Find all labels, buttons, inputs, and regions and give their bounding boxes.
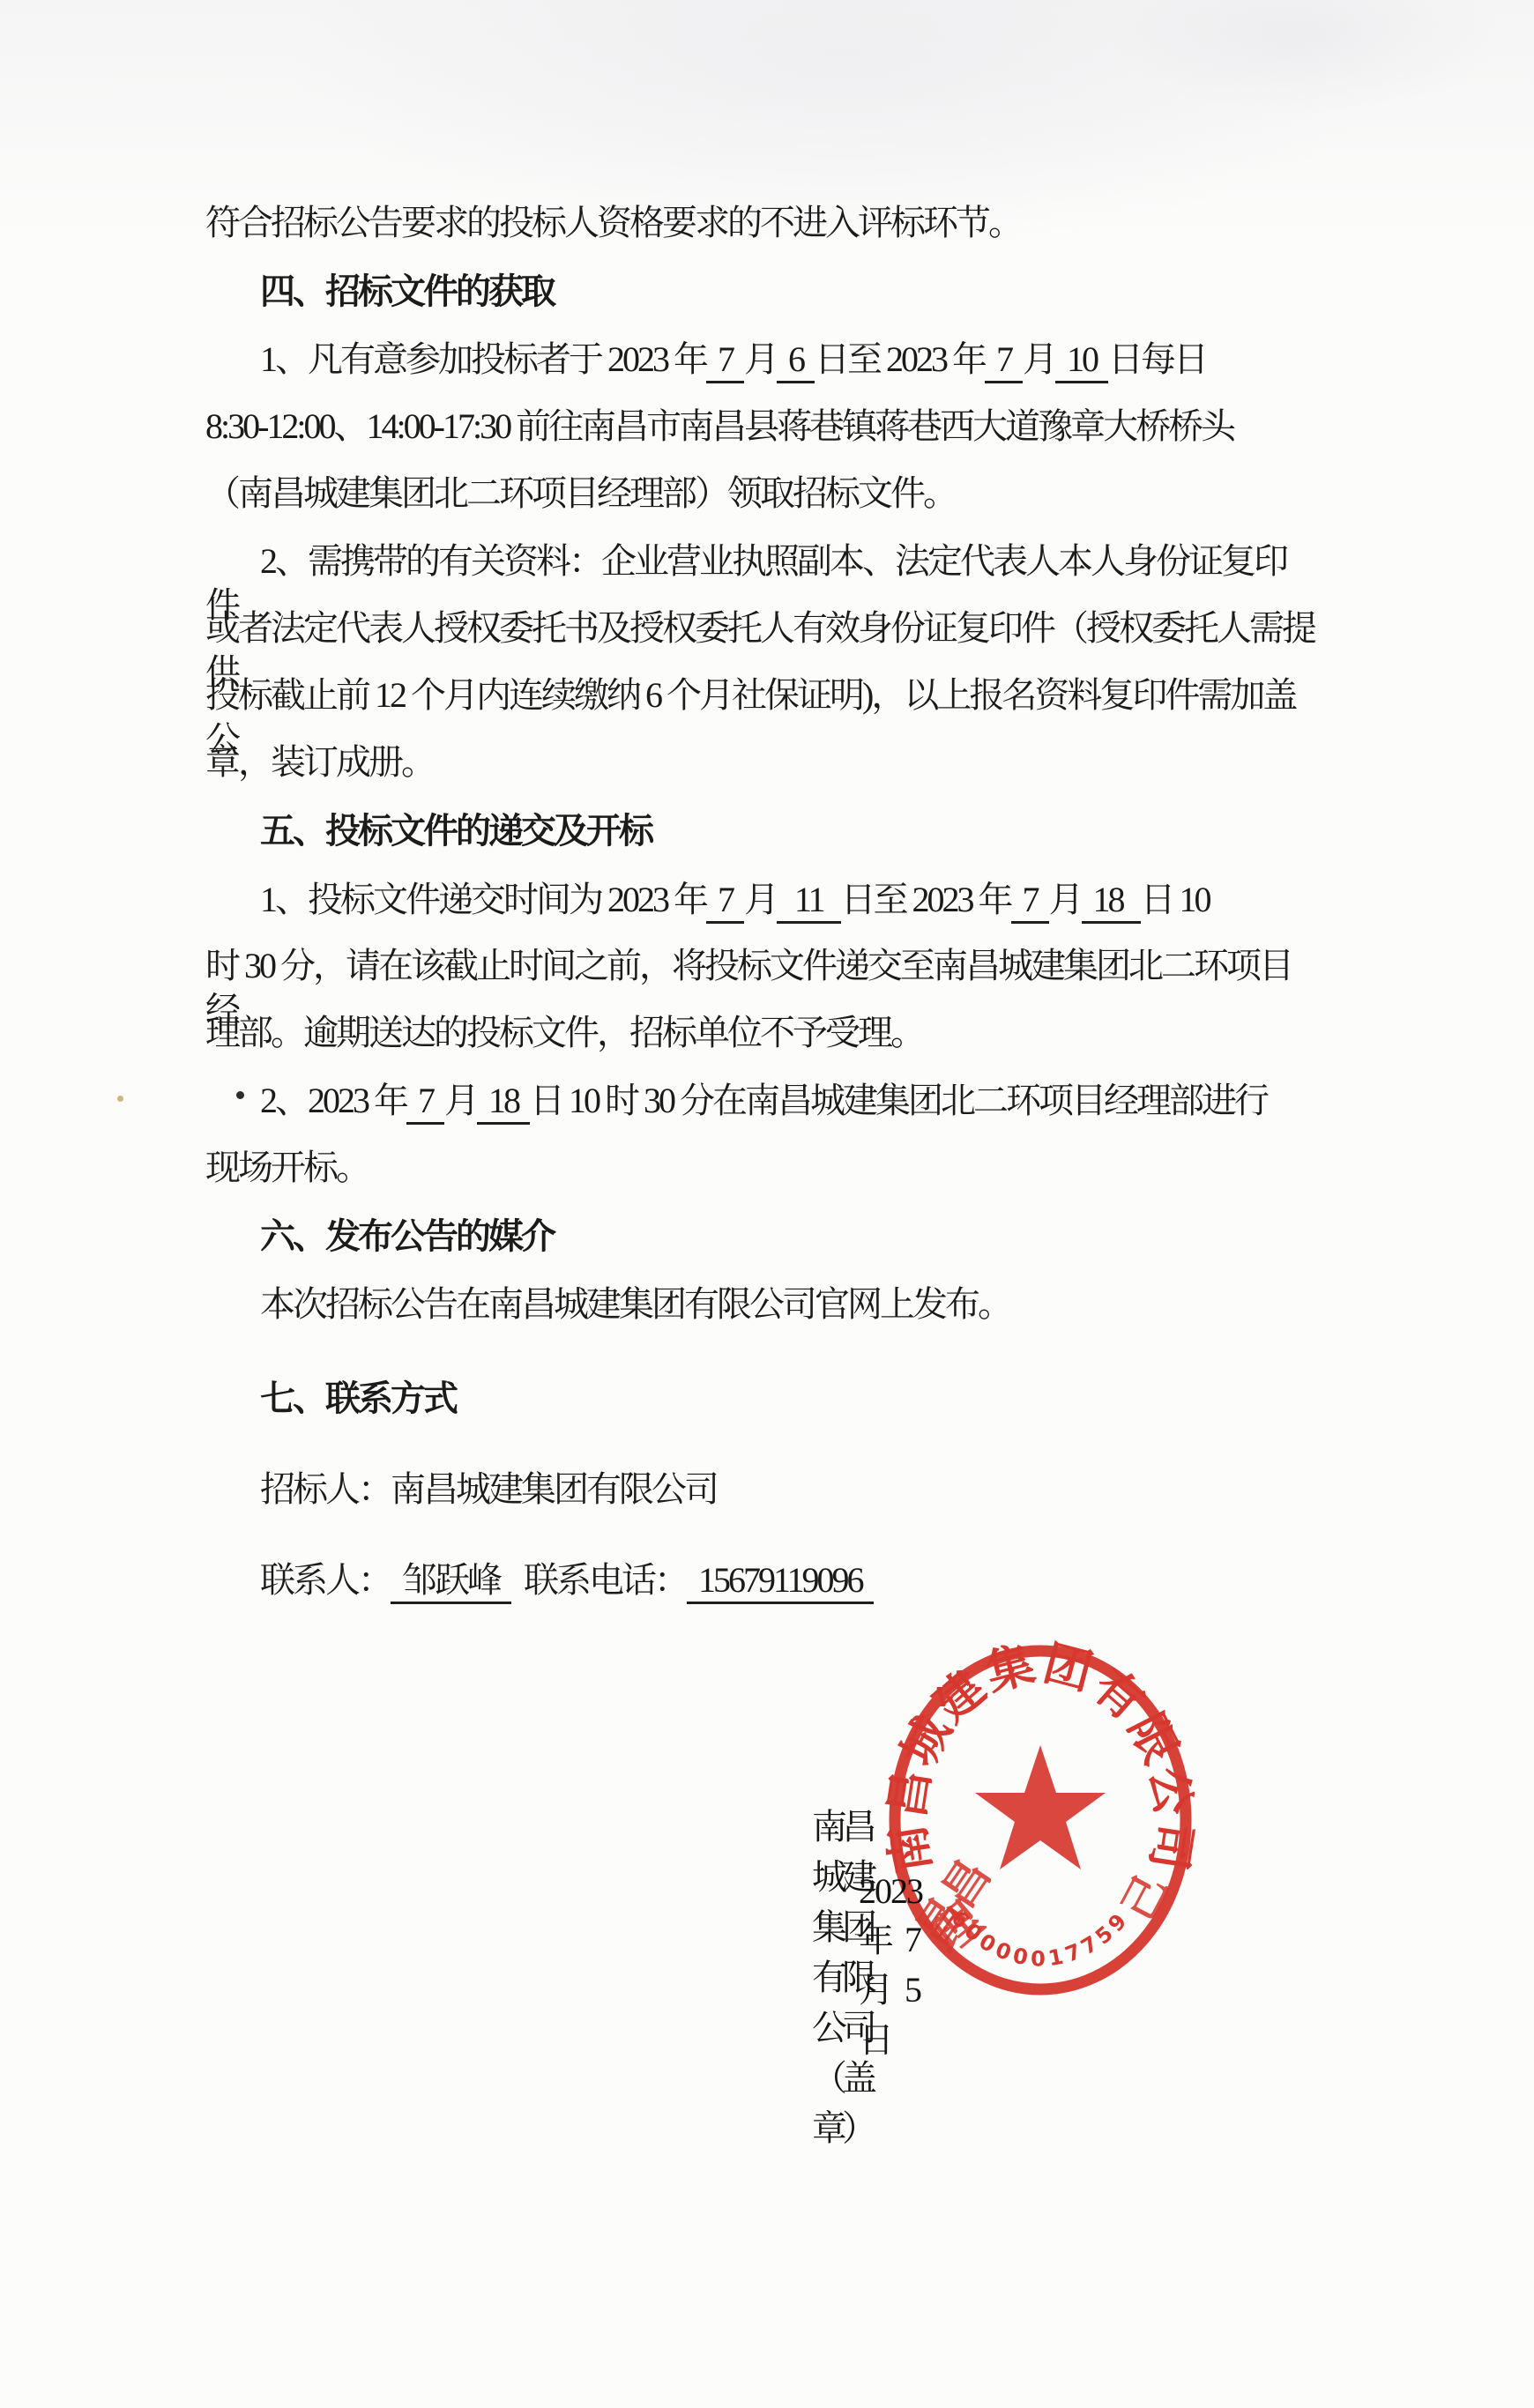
document-line: 理部。逾期送达的投标文件，招标单位不予受理。 [205, 1011, 1318, 1055]
filled-blank-value: 6 [777, 339, 815, 383]
document-line: 1、投标文件递交时间为 2023 年 7 月 11 日至 2023 年 7 月 … [205, 878, 1318, 922]
text-segment: 联系人： [260, 1560, 391, 1600]
seal-star-icon [975, 1745, 1106, 1869]
text-segment: 日每日 [1108, 339, 1206, 379]
document-line: （南昌城建集团北二环项目经理部）领取招标文件。 [205, 472, 1318, 516]
text-segment: 本次招标公告在南昌城建集团有限公司官网上发布。 [260, 1284, 1010, 1324]
text-segment: 月 [744, 880, 777, 919]
filled-blank-value: 18 [477, 1081, 530, 1125]
text-segment: 四、招标文件的获取 [260, 271, 554, 311]
filled-blank-value: 11 [777, 880, 841, 924]
text-segment: 月 [744, 339, 777, 379]
text-segment: 日 10 时 30 分在南昌城建集团北二环项目经理部进行 [530, 1081, 1267, 1120]
text-segment: 月 [444, 1081, 477, 1120]
document-line: 招标人：南昌城建集团有限公司 [205, 1468, 1318, 1512]
ink-speck [117, 1096, 123, 1102]
text-segment: 日至 2023 年 [815, 339, 985, 379]
document-line: 符合招标公告要求的投标人资格要求的不进入评标环节。 [205, 201, 1318, 245]
filled-blank-value: 18 [1082, 880, 1141, 924]
text-segment: 招标人：南昌城建集团有限公司 [260, 1469, 717, 1509]
text-segment: 日至 2023 年 [841, 880, 1011, 919]
section-heading: 六、发布公告的媒介 [205, 1215, 1318, 1259]
document-line: 联系人： 邹跃峰 联系电话： 15679119096 [205, 1558, 1318, 1602]
filled-blank-value: 7 [1011, 880, 1049, 924]
document-line: 章，装订成册。 [205, 740, 1318, 784]
text-segment: 日 10 [1141, 880, 1210, 919]
document-page: 符合招标公告要求的投标人资格要求的不进入评标环节。四、招标文件的获取1、凡有意参… [0, 0, 1534, 2408]
ink-speck [236, 1091, 244, 1099]
filled-blank-value: 7 [406, 1081, 444, 1125]
filled-blank-value: 7 [985, 339, 1023, 383]
document-line: 2、2023 年 7 月 18 日 10 时 30 分在南昌城建集团北二环项目经… [205, 1079, 1318, 1123]
text-segment: 六、发布公告的媒介 [260, 1216, 554, 1256]
filled-blank-value: 邹跃峰 [391, 1560, 511, 1604]
section-heading: 五、投标文件的递交及开标 [205, 809, 1318, 853]
filled-blank-value: 15679119096 [687, 1560, 874, 1604]
document-line: 本次招标公告在南昌城建集团有限公司官网上发布。 [205, 1282, 1318, 1327]
text-segment: 2、2023 年 [260, 1081, 406, 1120]
text-segment: 七、联系方式 [260, 1379, 456, 1418]
filled-blank-value: 10 [1055, 339, 1108, 383]
text-segment: 1、投标文件递交时间为 2023 年 [260, 880, 706, 919]
text-segment: 理部。逾期送达的投标文件，招标单位不予受理。 [205, 1013, 923, 1052]
text-segment: 月 [1049, 880, 1082, 919]
text-segment: 章，装订成册。 [205, 742, 434, 782]
text-segment: 月 [1023, 339, 1055, 379]
official-seal-stamp: 南昌城建集团有限公司 3600000177595 昌昌 理 己 [873, 1633, 1208, 2008]
text-segment: 8:30-12:00、14:00-17:30 前往南昌市南昌县蒋巷镇蒋巷西大道豫… [205, 406, 1233, 446]
section-heading: 四、招标文件的获取 [205, 270, 1318, 314]
text-segment: （南昌城建集团北二环项目经理部）领取招标文件。 [205, 473, 956, 513]
filled-blank-value: 7 [706, 339, 744, 383]
text-segment: 现场开标。 [205, 1148, 369, 1187]
text-segment: 1、凡有意参加投标者于 2023 年 [260, 339, 706, 379]
filled-blank-value: 7 [706, 880, 744, 924]
document-line: 1、凡有意参加投标者于 2023 年 7 月 6 日至 2023 年 7 月 1… [205, 338, 1318, 382]
text-segment: 联系电话： [511, 1560, 687, 1600]
document-line: 8:30-12:00、14:00-17:30 前往南昌市南昌县蒋巷镇蒋巷西大道豫… [205, 405, 1318, 449]
text-segment: 符合招标公告要求的投标人资格要求的不进入评标环节。 [205, 203, 1021, 242]
text-segment: 五、投标文件的递交及开标 [260, 811, 652, 851]
section-heading: 七、联系方式 [205, 1377, 1318, 1421]
document-line: 现场开标。 [205, 1146, 1318, 1190]
